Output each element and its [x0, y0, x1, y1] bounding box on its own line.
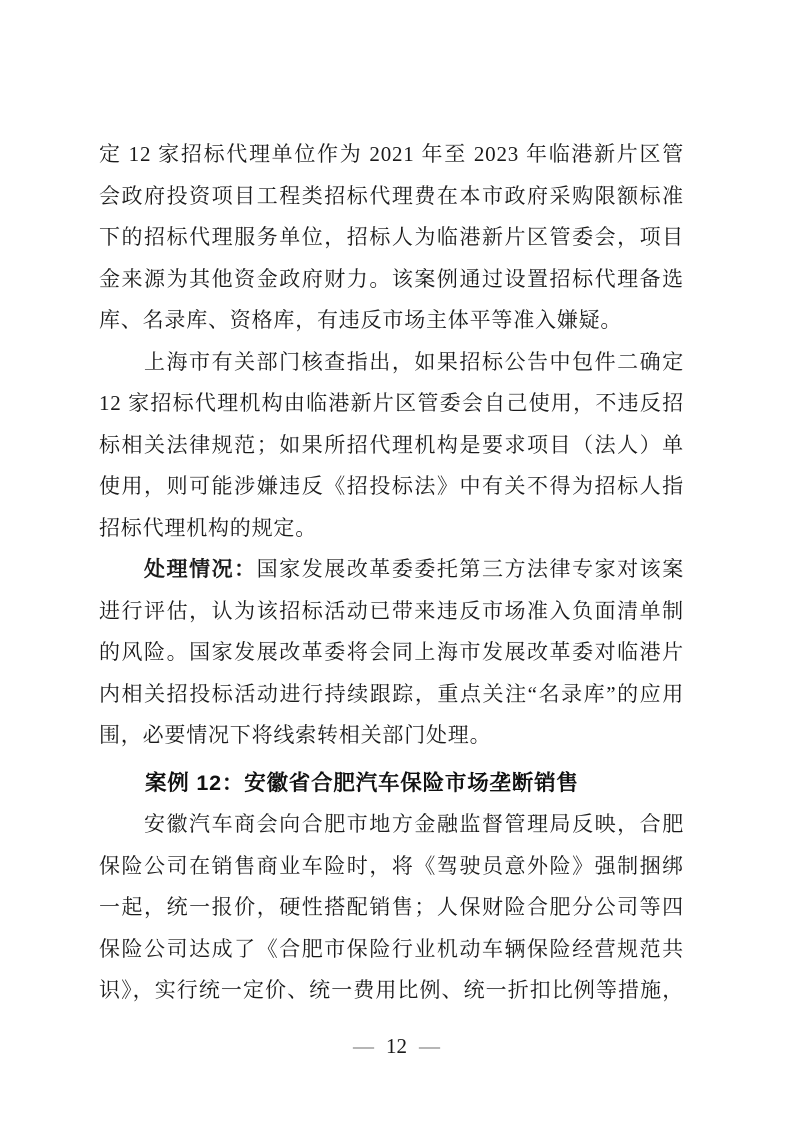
paragraph3-line: 处理情况：国家发展改革委委托第三方法律专家对该案例 — [99, 549, 684, 591]
page-number: 12 — [386, 1034, 407, 1058]
paragraph1-line: 金来源为其他资金政府财力。该案例通过设置招标代理备选 — [99, 259, 684, 301]
page-footer: —12— — [0, 1031, 793, 1061]
footer-dash-right: — — [419, 1034, 440, 1058]
footer-dash-left: — — [353, 1034, 374, 1058]
case-12-heading: 案例 12：安徽省合肥汽车保险市场垄断销售 — [99, 762, 684, 804]
paragraph2-line: 上海市有关部门核查指出，如果招标公告中包件二确定的 — [99, 342, 684, 384]
document-page: 定 12 家招标代理单位作为 2021 年至 2023 年临港新片区管委 会政府… — [0, 0, 793, 1122]
paragraph2-line: 标相关法律规范；如果所招代理机构是要求项目（法人）单位 — [99, 425, 684, 467]
paragraph2-line: 12 家招标代理机构由临港新片区管委会自己使用，不违反招投 — [99, 383, 684, 425]
paragraph4-line: 识》，实行统一定价、统一费用比例、统一折扣比例等措施， — [99, 970, 684, 1012]
paragraph4-line: 一起，统一报价，硬性搭配销售；人保财险合肥分公司等四家 — [99, 887, 684, 929]
paragraph4-line: 保险公司达成了《合肥市保险行业机动车辆保险经营规范共 — [99, 929, 684, 971]
paragraph3-line: 围，必要情况下将线索转相关部门处理。 — [99, 715, 684, 757]
paragraph4-line: 保险公司在销售商业车险时，将《驾驶员意外险》强制捆绑在 — [99, 846, 684, 888]
paragraph3-line: 进行评估，认为该招标活动已带来违反市场准入负面清单制度 — [99, 591, 684, 633]
paragraph1-line: 下的招标代理服务单位，招标人为临港新片区管委会，项目资 — [99, 217, 684, 259]
paragraph2-line: 招标代理机构的规定。 — [99, 508, 684, 550]
treatment-status-label: 处理情况： — [144, 558, 257, 581]
paragraph3-line: 的风险。国家发展改革委将会同上海市发展改革委对临港片区 — [99, 632, 684, 674]
paragraph2-line: 使用，则可能涉嫌违反《招投标法》中有关不得为招标人指定 — [99, 466, 684, 508]
paragraph1-line: 库、名录库、资格库，有违反市场主体平等准入嫌疑。 — [99, 300, 684, 342]
paragraph1-line: 会政府投资项目工程类招标代理费在本市政府采购限额标准以 — [99, 176, 684, 218]
paragraph3-line: 内相关招投标活动进行持续跟踪，重点关注“名录库”的应用范 — [99, 674, 684, 716]
paragraph4-line: 安徽汽车商会向合肥市地方金融监督管理局反映，合肥各 — [99, 804, 684, 846]
document-text: 定 12 家招标代理单位作为 2021 年至 2023 年临港新片区管委 会政府… — [99, 134, 684, 1012]
paragraph1-line: 定 12 家招标代理单位作为 2021 年至 2023 年临港新片区管委 — [99, 134, 684, 176]
